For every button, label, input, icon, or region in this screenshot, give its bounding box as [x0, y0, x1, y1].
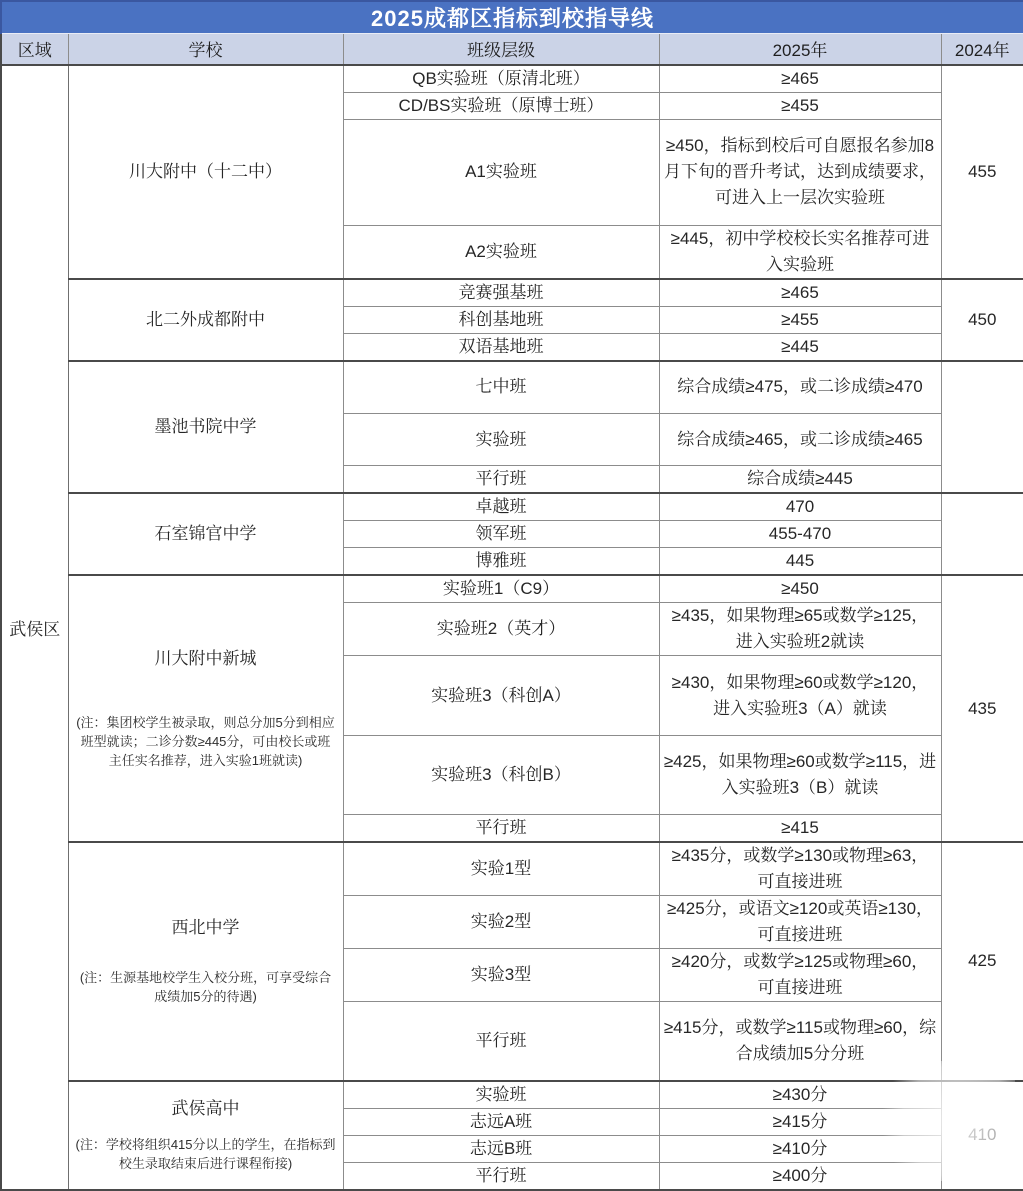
score-2025-cell: ≥465 [659, 279, 941, 307]
table-row: 石室锦官中学 卓越班 470 [1, 493, 1023, 521]
school-cell: 川大附中（十二中） [68, 65, 343, 279]
score-2025-cell: ≥445，初中学校校长实名推荐可进入实验班 [659, 225, 941, 279]
class-cell: 七中班 [343, 361, 659, 414]
year-2024-cell [941, 361, 1023, 494]
class-cell: 实验班3（科创B） [343, 736, 659, 815]
class-cell: 卓越班 [343, 493, 659, 521]
school-name: 石室锦官中学 [73, 522, 339, 546]
score-2025-cell: ≥445 [659, 333, 941, 361]
school-name: 西北中学 [73, 916, 339, 940]
score-2025-cell: 470 [659, 493, 941, 521]
class-cell: 实验班3（科创A） [343, 656, 659, 736]
school-name: 川大附中（十二中） [73, 160, 339, 184]
school-note: (注：集团校学生被录取，则总分加5分到相应班型就读；二诊分数≥445分，可由校长… [73, 713, 339, 770]
col-header-class-tier: 班级层级 [343, 34, 659, 65]
class-cell: 平行班 [343, 815, 659, 843]
score-2025-cell: ≥415 [659, 815, 941, 843]
school-cell: 石室锦官中学 [68, 493, 343, 575]
year-2024-cell: 435 [941, 575, 1023, 842]
class-cell: QB实验班（原清北班） [343, 65, 659, 93]
class-cell: 实验3型 [343, 949, 659, 1002]
class-cell: 领军班 [343, 521, 659, 548]
score-2025-cell: ≥465 [659, 65, 941, 93]
class-cell: 博雅班 [343, 548, 659, 576]
page-title: 2025成都区指标到校指导线 [1, 1, 1023, 34]
class-cell: A2实验班 [343, 225, 659, 279]
score-2025-cell: ≥435，如果物理≥65或数学≥125，进入实验班2就读 [659, 603, 941, 656]
table-row: 北二外成都附中 竞赛强基班 ≥465 450 [1, 279, 1023, 307]
guidance-sheet: 2025成都区指标到校指导线 区域 学校 班级层级 2025年 2024年 武侯… [0, 0, 1023, 1191]
school-cell: 北二外成都附中 [68, 279, 343, 361]
class-cell: 实验班2（英才） [343, 603, 659, 656]
table-row: 西北中学 (注：生源基地校学生入校分班，可享受综合成绩加5分的待遇) 实验1型 … [1, 842, 1023, 896]
score-2025-cell: 综合成绩≥445 [659, 466, 941, 494]
year-2024-cell: 455 [941, 65, 1023, 279]
score-2025-cell: 445 [659, 548, 941, 576]
table-row: 川大附中新城 (注：集团校学生被录取，则总分加5分到相应班型就读；二诊分数≥44… [1, 575, 1023, 603]
score-2025-cell: ≥415分，或数学≥115或物理≥60，综合成绩加5分分班 [659, 1002, 941, 1081]
score-2025-cell: 455-470 [659, 521, 941, 548]
school-name: 武侯高中 [73, 1097, 339, 1121]
score-2025-cell: ≥450 [659, 575, 941, 603]
class-cell: 平行班 [343, 1162, 659, 1190]
class-cell: 平行班 [343, 466, 659, 494]
class-cell: 实验1型 [343, 842, 659, 896]
score-2025-cell: ≥415分 [659, 1108, 941, 1135]
score-2025-cell: ≥455 [659, 92, 941, 119]
year-2024-cell: 410 [941, 1081, 1023, 1190]
table-row: 墨池书院中学 七中班 综合成绩≥475，或二诊成绩≥470 [1, 361, 1023, 414]
score-2025-cell: ≥420分，或数学≥125或物理≥60，可直接进班 [659, 949, 941, 1002]
year-2024-cell: 425 [941, 842, 1023, 1081]
score-2025-cell: 综合成绩≥465，或二诊成绩≥465 [659, 414, 941, 466]
score-2025-cell: ≥455 [659, 306, 941, 333]
school-cell: 武侯高中 (注：学校将组织415分以上的学生，在指标到校生录取结束后进行课程衔接… [68, 1081, 343, 1190]
school-cell: 墨池书院中学 [68, 361, 343, 494]
class-cell: 双语基地班 [343, 333, 659, 361]
school-name: 墨池书院中学 [73, 415, 339, 439]
score-2025-cell: 综合成绩≥475，或二诊成绩≥470 [659, 361, 941, 414]
class-cell: 志远A班 [343, 1108, 659, 1135]
school-note: (注：学校将组织415分以上的学生，在指标到校生录取结束后进行课程衔接) [73, 1135, 339, 1173]
score-2025-cell: ≥450，指标到校后可自愿报名参加8月下旬的晋升考试，达到成绩要求，可进入上一层… [659, 119, 941, 225]
title-row: 2025成都区指标到校指导线 [1, 1, 1023, 34]
school-name: 北二外成都附中 [73, 308, 339, 332]
school-note: (注：生源基地校学生入校分班，可享受综合成绩加5分的待遇) [73, 968, 339, 1006]
class-cell: 实验班 [343, 1081, 659, 1109]
class-cell: 科创基地班 [343, 306, 659, 333]
year-2024-cell [941, 493, 1023, 575]
guidance-table: 2025成都区指标到校指导线 区域 学校 班级层级 2025年 2024年 武侯… [0, 0, 1023, 1191]
region-cell: 武侯区 [1, 65, 68, 1190]
col-header-region: 区域 [1, 34, 68, 65]
year-2024-cell: 450 [941, 279, 1023, 361]
class-cell: 实验班1（C9） [343, 575, 659, 603]
table-row: 武侯高中 (注：学校将组织415分以上的学生，在指标到校生录取结束后进行课程衔接… [1, 1081, 1023, 1109]
score-2025-cell: ≥425分，或语文≥120或英语≥130，可直接进班 [659, 896, 941, 949]
class-cell: 志远B班 [343, 1135, 659, 1162]
col-header-2024: 2024年 [941, 34, 1023, 65]
class-cell: A1实验班 [343, 119, 659, 225]
score-2025-cell: ≥435分，或数学≥130或物理≥63，可直接进班 [659, 842, 941, 896]
class-cell: CD/BS实验班（原博士班） [343, 92, 659, 119]
school-name: 川大附中新城 [73, 647, 339, 671]
score-2025-cell: ≥430，如果物理≥60或数学≥120，进入实验班3（A）就读 [659, 656, 941, 736]
score-2025-cell: ≥425，如果物理≥60或数学≥115，进入实验班3（B）就读 [659, 736, 941, 815]
score-2025-cell: ≥410分 [659, 1135, 941, 1162]
score-2025-cell: ≥400分 [659, 1162, 941, 1190]
header-row: 区域 学校 班级层级 2025年 2024年 [1, 34, 1023, 65]
class-cell: 竞赛强基班 [343, 279, 659, 307]
class-cell: 实验2型 [343, 896, 659, 949]
col-header-2025: 2025年 [659, 34, 941, 65]
score-2025-cell: ≥430分 [659, 1081, 941, 1109]
class-cell: 实验班 [343, 414, 659, 466]
class-cell: 平行班 [343, 1002, 659, 1081]
col-header-school: 学校 [68, 34, 343, 65]
school-cell: 川大附中新城 (注：集团校学生被录取，则总分加5分到相应班型就读；二诊分数≥44… [68, 575, 343, 842]
school-cell: 西北中学 (注：生源基地校学生入校分班，可享受综合成绩加5分的待遇) [68, 842, 343, 1081]
table-row: 武侯区 川大附中（十二中） QB实验班（原清北班） ≥465 455 [1, 65, 1023, 93]
